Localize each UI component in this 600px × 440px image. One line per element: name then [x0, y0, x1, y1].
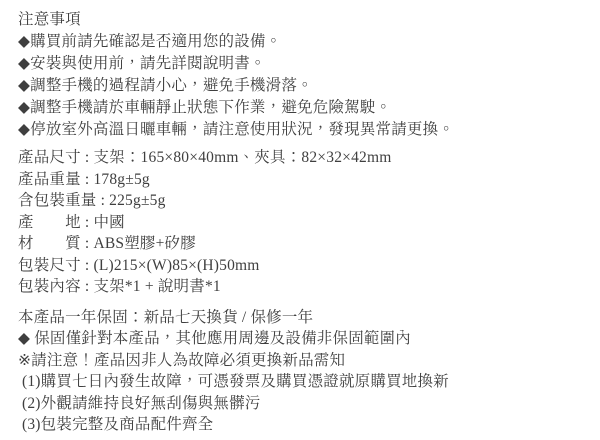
notice-item: ◆調整手機請於車輛靜止狀態下作業，避免危險駕駛。: [18, 97, 580, 119]
notice-item: ◆安裝與使用前，請先詳閱說明書。: [18, 53, 580, 75]
notice-item: ◆購買前請先確認是否適用您的設備。: [18, 31, 580, 53]
spec-line-dimensions: 產品尺寸 : 支架：165×80×40mm、夾具：82×32×42mm: [18, 147, 580, 169]
warranty-condition-3: (3)包裝完整及商品配件齊全: [18, 414, 580, 436]
warranty-condition-2: (2)外觀請維持良好無刮傷與無髒污: [18, 393, 580, 415]
notice-item: ◆停放室外高溫日曬車輛，請注意使用狀況，發現異常請更換。: [18, 119, 580, 141]
warranty-section: 本產品一年保固：新品七天換貨 / 保修一年 ◆ 保固僅針對本產品，其他應用周邊及…: [18, 307, 580, 436]
spec-line-material: 材 質 : ABS塑膠+矽膠: [18, 233, 580, 255]
spec-line-weight: 產品重量 : 178g±5g: [18, 169, 580, 191]
notice-section: 注意事項 ◆購買前請先確認是否適用您的設備。 ◆安裝與使用前，請先詳閱說明書。 …: [18, 9, 580, 141]
specs-section: 產品尺寸 : 支架：165×80×40mm、夾具：82×32×42mm 產品重量…: [18, 147, 580, 298]
warranty-scope: ◆ 保固僅針對本產品，其他應用周邊及設備非保固範圍內: [18, 328, 580, 350]
warranty-note: ※請注意！產品因非人為故障必須更換新品需知: [18, 350, 580, 372]
notice-item: ◆調整手機的過程請小心，避免手機滑落。: [18, 75, 580, 97]
spec-line-origin: 產 地 : 中國: [18, 212, 580, 234]
spec-line-package-contents: 包裝內容 : 支架*1 + 說明書*1: [18, 276, 580, 298]
notice-title: 注意事項: [18, 9, 580, 31]
warranty-headline: 本產品一年保固：新品七天換貨 / 保修一年: [18, 307, 580, 329]
spec-line-packaged-weight: 含包裝重量 : 225g±5g: [18, 190, 580, 212]
spec-line-package-size: 包裝尺寸 : (L)215×(W)85×(H)50mm: [18, 255, 580, 277]
product-notice-document: 注意事項 ◆購買前請先確認是否適用您的設備。 ◆安裝與使用前，請先詳閱說明書。 …: [0, 0, 600, 440]
warranty-condition-1: (1)購買七日內發生故障，可憑發票及購買憑證就原購買地換新: [18, 371, 580, 393]
